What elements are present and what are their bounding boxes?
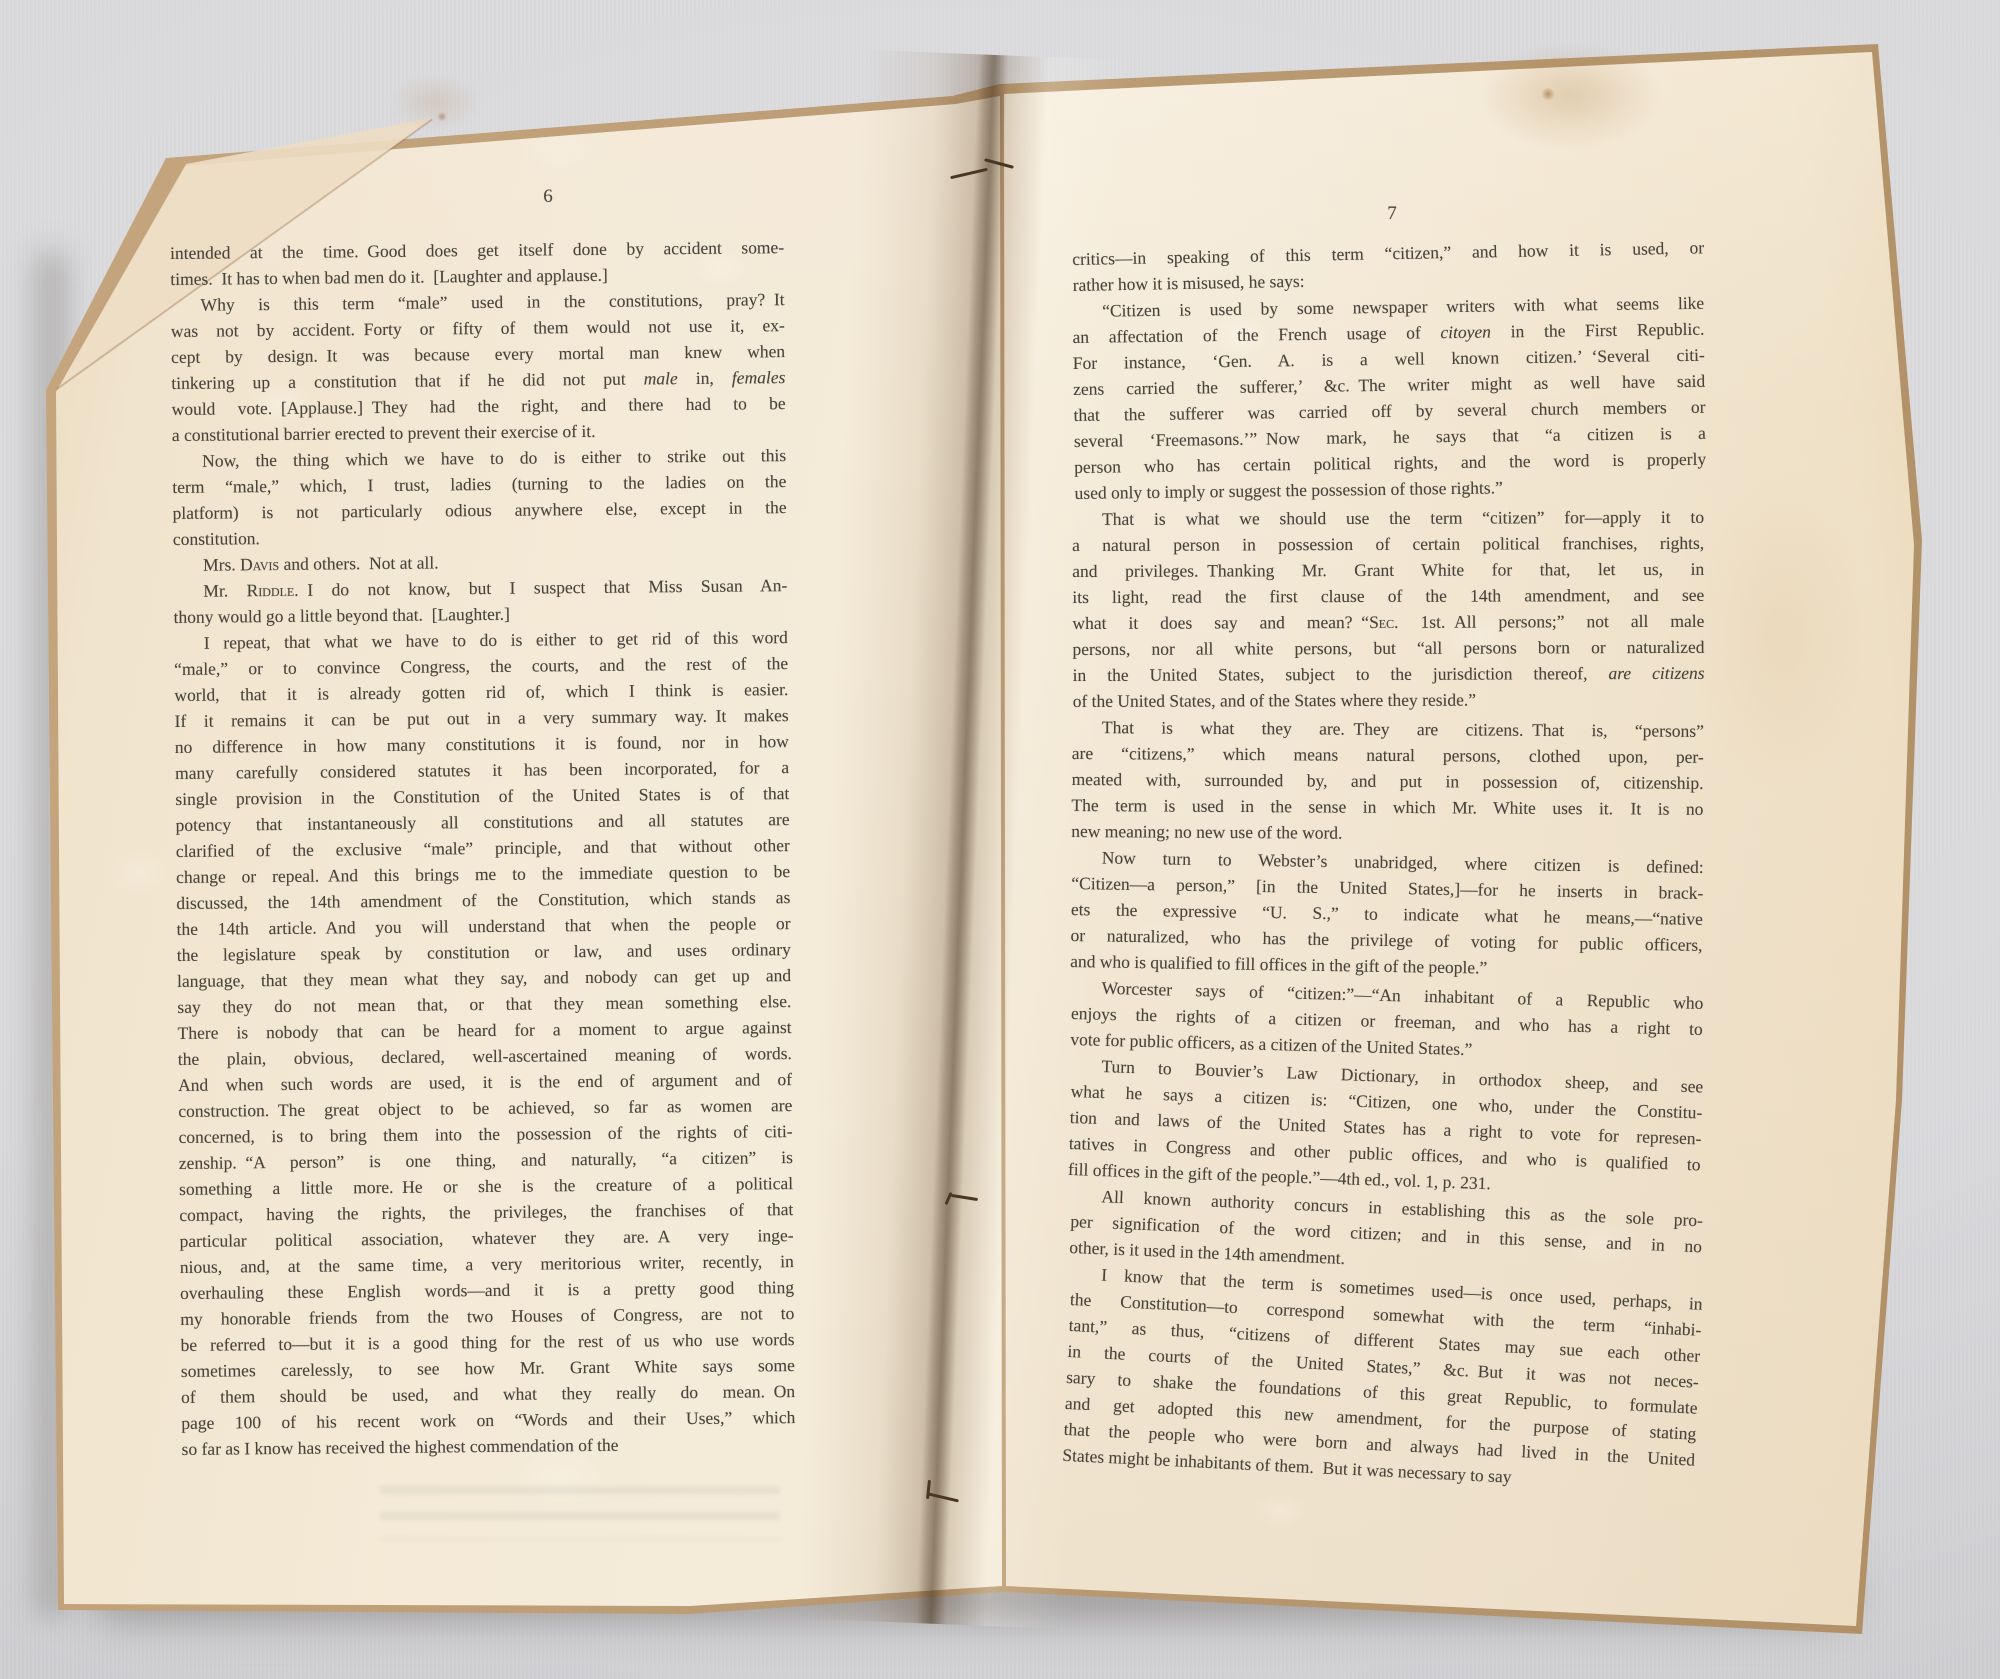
text-line: in the United States, subject to the jur… [1073, 660, 1705, 688]
paragraph: I know that the term is sometimes used—i… [1062, 1260, 1703, 1499]
paragraph: Why is this term “male” used in the cons… [170, 286, 785, 448]
text-line: its light, read the first clause of the … [1072, 582, 1704, 610]
text-line: what it does say and mean? “Sec. 1st. Al… [1072, 608, 1704, 636]
text-line: That is what we should use the term “cit… [1072, 504, 1704, 532]
paragraph: I repeat, that what we have to do is eit… [174, 624, 796, 1462]
text-line: of the United States, and of the States … [1073, 686, 1705, 714]
text-line: meated with, surrounded by, and put in p… [1072, 766, 1704, 796]
photo-backdrop: 6 7 intended at the time. Good does get … [0, 0, 2000, 1679]
text-line: That is what they are. They are citizens… [1072, 714, 1704, 744]
foxing-spot [437, 112, 447, 121]
paragraph: Now turn to Webster’s unabridged, where … [1070, 844, 1704, 984]
text-line: The term is used in the sense in which M… [1071, 792, 1703, 822]
text-line: new meaning; no new use of the word. [1071, 818, 1703, 848]
paragraph: Worcester says of “citizen:”—“An inhabit… [1070, 974, 1704, 1068]
paragraph: intended at the time. Good does get itse… [170, 234, 784, 292]
paragraph: That is what we should use the term “cit… [1072, 504, 1705, 714]
paragraph: Mr. Riddle. I do not know, but I suspect… [173, 572, 787, 630]
paragraph: “Citizen is used by some newspaper write… [1072, 290, 1707, 506]
right-page-text: critics—in speaking of this term “citize… [1072, 246, 1704, 1468]
page-number-right: 7 [1387, 203, 1397, 225]
text-line: a natural person in possession of certai… [1072, 530, 1704, 558]
paragraph: Now, the thing which we have to do is ei… [172, 442, 787, 552]
text-line: are “citizens,” which means natural pers… [1072, 740, 1704, 770]
paragraph: That is what they are. They are citizens… [1071, 714, 1704, 848]
text-line: persons, nor all white persons, but “all… [1072, 634, 1704, 662]
paragraph: critics—in speaking of this term “citize… [1072, 234, 1705, 298]
text-line: and privileges. Thanking Mr. Grant White… [1072, 556, 1704, 584]
page-number-left: 6 [543, 186, 553, 208]
paragraph: Turn to Bouvier’s Law Dictionary, in ort… [1068, 1052, 1704, 1203]
left-page-text: intended at the time. Good does get itse… [170, 234, 796, 1462]
